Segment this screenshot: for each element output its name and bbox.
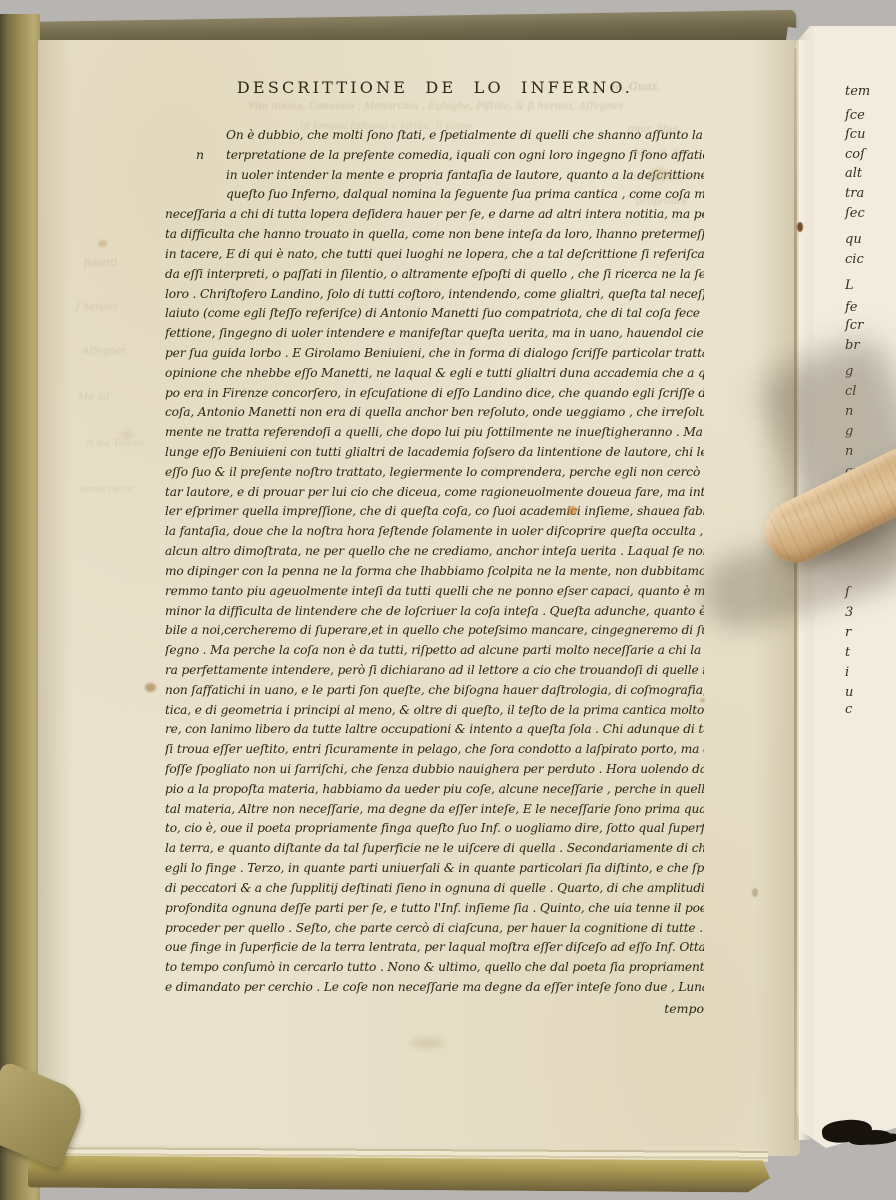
ghost-text-line: propriwire <box>80 484 134 495</box>
gutter-speck <box>797 222 803 232</box>
text-line: tica, e di geometria i principi al meno,… <box>165 701 704 721</box>
edge-text-fragment: alt <box>845 166 862 181</box>
text-line: eſſo ſuo & il preſente noſtro trattato, … <box>165 463 704 483</box>
text-line: egli lo finge . Terzo, in quante parti u… <box>165 859 704 879</box>
text-line: opinione che nhebbe eſſo Manetti, ne laq… <box>165 364 704 384</box>
edge-text-fragment: ſcu <box>845 127 865 142</box>
ghost-text-line: le, Guaz. <box>612 80 661 93</box>
ghost-text-line: onar, illus <box>628 124 678 135</box>
foxing-spot <box>98 240 107 247</box>
text-line: ſi troua eſſer ueſtito, entri ſicurament… <box>165 740 704 760</box>
foxing-spot <box>700 698 705 703</box>
text-line: remmo tanto piu ageuolmente inteſi da tu… <box>165 582 704 602</box>
edge-text-fragment: tem <box>845 84 870 99</box>
foxing-spot <box>120 430 134 439</box>
text-line: in tacere, E di qui è nato, che tutti qu… <box>165 245 704 265</box>
edge-text-fragment: qu <box>845 232 862 247</box>
text-line: alcun altro dimoſtrata, ne per quello ch… <box>165 542 704 562</box>
text-line: ler eſprimer quella impreſſione, che di … <box>165 502 704 522</box>
ghost-text-line: Me ad <box>78 392 110 403</box>
edge-text-fragment: fe <box>845 300 858 315</box>
photograph-of-book-page: { "meta": { "background_color": "#b7b5b1… <box>0 0 896 1200</box>
text-line: coſa, Antonio Manetti non era di quella … <box>165 403 704 423</box>
text-line: tal materia, Altre non neceſſarie, ma de… <box>165 800 704 820</box>
text-line: profondita ognuna deſſe parti per ſe, e … <box>165 899 704 919</box>
text-line: lunge eſſo Beniuieni con tutti glialtri … <box>165 443 704 463</box>
text-line: po era in Firenze concorſero, in eſcuſat… <box>165 384 704 404</box>
ghost-text-line: f heroici <box>76 302 118 313</box>
edge-text-fragment: coſ <box>845 147 865 162</box>
text-line: tar lautore, e di prouar per lui cio che… <box>165 483 704 503</box>
edge-text-fragment: u <box>845 685 853 700</box>
text-line: to, cio è, oue il poeta propriamente fin… <box>165 819 704 839</box>
text-line: re, con lanimo libero da tutte laltre oc… <box>165 720 704 740</box>
text-line: proceder per quello . Seſto, che parte c… <box>165 919 704 939</box>
text-line: ſegno . Ma perche la coſa non è da tutti… <box>165 641 704 661</box>
text-line: to tempo conſumò in cercarlo tutto . Non… <box>165 958 704 978</box>
text-line: ta difficulta che hanno trouato in quell… <box>165 225 704 245</box>
text-line: foſſe ſpogliato non ui ſarriſchi, che ſe… <box>165 760 704 780</box>
ghost-text-line: in lengua toſcana e latina, ſi come <box>300 121 473 132</box>
ghost-text-line: ri da Tolens <box>86 438 145 449</box>
edge-text-fragment: ſce <box>845 108 865 123</box>
text-line: per ſua guida lorbo . E Girolamo Beniuie… <box>165 344 704 364</box>
text-line: pio a la propoſta materia, habbiamo da u… <box>165 780 704 800</box>
catchword: tempo <box>165 1001 706 1016</box>
text-line: oue finge in ſuperficie de la terra lent… <box>165 938 704 958</box>
next-page-text-fragments: temſceſcucoſalttraſecqucicLfeſcrbrgclngn… <box>845 0 896 1200</box>
edge-text-fragment: ſec <box>845 206 865 221</box>
ghost-text-line: Aſſegner <box>82 346 126 357</box>
text-line: fettione, ſingegno di uoler intendere e … <box>165 324 704 344</box>
text-line: da eſſi interpreti, o paſſati in ſilenti… <box>165 265 704 285</box>
ghost-text-line: propriuire <box>636 196 688 207</box>
text-block: On è dubbio, che molti ſono ſtati, e ſpe… <box>165 126 704 998</box>
ghost-text-line: ſonetti , <box>84 258 124 269</box>
foxing-spot <box>145 683 156 692</box>
text-line: di peccatori & a che ſupplitij deſtinati… <box>165 879 704 899</box>
gilt-bottom-edge <box>28 1155 770 1192</box>
edge-text-fragment: ſcr <box>845 318 863 333</box>
text-line: neceſſaria a chi di tutta lopera deſider… <box>165 205 704 225</box>
edge-text-fragment: i <box>845 665 849 680</box>
edge-text-fragment: cic <box>845 252 864 267</box>
foxing-spot <box>581 570 586 575</box>
ghost-text-line: Vita nuoua, Conuiuio , Monarchia , Eglog… <box>248 101 623 112</box>
book-binding-left <box>0 14 40 1200</box>
text-line: terpretatione de la preſente comedia, iq… <box>165 146 704 166</box>
text-line: la fantaſia, doue che la noſtra hora ſeſ… <box>165 522 704 542</box>
edge-text-fragment: tra <box>845 186 864 201</box>
text-line: e dimandato per cerchio . Le coſe non ne… <box>165 978 704 998</box>
foxing-spot <box>650 168 670 181</box>
foxing-spot <box>568 506 577 515</box>
text-line: loro . Chriſtofero Landino, ſolo di tutt… <box>165 285 704 305</box>
text-line: bile a noi,cercheremo di ſuperare,et in … <box>165 621 704 641</box>
edge-text-fragment: r <box>845 625 851 640</box>
text-line: non ſaffatichi in uano, e le parti ſon q… <box>165 681 704 701</box>
ghost-text-line: Mo. al. & <box>634 148 681 159</box>
foxing-spot <box>752 888 758 897</box>
text-line: mente ne tratta referendoſi a quelli, ch… <box>165 423 704 443</box>
edge-text-fragment: c <box>845 702 852 717</box>
text-line: la terra, e quanto diſtante da tal ſuper… <box>165 839 704 859</box>
text-line: ra perfettamente intendere, però ſi dich… <box>165 661 704 681</box>
text-line: mo dipinger con la penna ne la forma che… <box>165 562 704 582</box>
edge-text-fragment: 3 <box>845 605 853 620</box>
text-line: laiuto (come egli ſteſſo referiſce) di A… <box>165 304 704 324</box>
text-line: queſto ſuo Inferno, dalqual nomina la ſe… <box>165 185 704 205</box>
foxing-spot <box>410 1038 444 1048</box>
edge-text-fragment: t <box>845 645 850 660</box>
edge-text-fragment: L <box>845 278 854 293</box>
text-line: in uoler intender la mente e propria fan… <box>165 166 704 186</box>
text-line: minor la difficulta de lintendere che de… <box>165 602 704 622</box>
